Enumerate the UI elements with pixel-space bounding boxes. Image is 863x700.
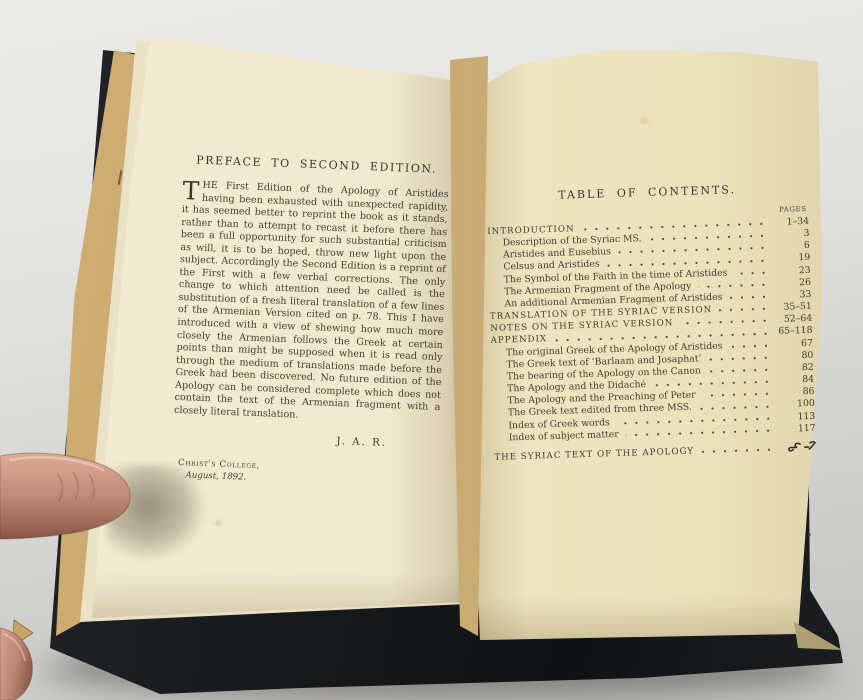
preface-body-text: HE First Edition of the Apology of Arist… xyxy=(174,180,449,421)
hand xyxy=(0,430,210,700)
toc-page-number: 6 xyxy=(774,240,810,253)
foxing-spot xyxy=(214,520,222,526)
toc-page-number: 80 xyxy=(777,350,813,363)
dot-leader xyxy=(729,341,771,351)
toc-page-number: 65–118 xyxy=(776,325,812,338)
dot-leader xyxy=(719,304,770,315)
toc-page-number: 113 xyxy=(779,410,815,423)
toc-page-number: 26 xyxy=(775,277,811,290)
index-finger xyxy=(0,628,32,700)
toc-page-number xyxy=(780,440,816,455)
preface-paragraph: THE First Edition of the Apology of Aris… xyxy=(174,179,449,427)
foxing-spot xyxy=(808,533,811,536)
drop-cap: T xyxy=(182,179,203,202)
dot-leader xyxy=(701,445,775,456)
toc-rows: Introduction1–34Description of the Syria… xyxy=(487,216,816,464)
toc-page-number: 19 xyxy=(774,252,810,265)
preface-text-block: PREFACE TO SECOND EDITION. THE First Edi… xyxy=(171,153,449,490)
toc-entry-label: Index of subject matter xyxy=(509,429,619,445)
toc-page-number: 117 xyxy=(779,422,815,435)
toc-page-number: 33 xyxy=(775,289,811,302)
dot-leader xyxy=(626,426,774,440)
table-of-contents-block: TABLE OF CONTENTS. PAGES Introduction1–3… xyxy=(486,181,816,464)
foxing-spot xyxy=(640,118,649,124)
thumb xyxy=(0,453,130,539)
toc-page-number: 100 xyxy=(779,398,815,411)
toc-page-number: 86 xyxy=(778,386,814,399)
toc-page-number: 1–34 xyxy=(773,216,809,229)
toc-page-number: 35–51 xyxy=(776,301,812,314)
toc-page-number: 82 xyxy=(778,362,814,375)
toc-page-number: 67 xyxy=(777,337,813,350)
dot-leader xyxy=(734,268,769,278)
book-photo: PREFACE TO SECOND EDITION. THE First Edi… xyxy=(0,0,863,700)
dot-leader xyxy=(729,292,769,302)
toc-page-number: 23 xyxy=(774,264,810,277)
toc-page-number: 52–64 xyxy=(776,313,812,326)
toc-page-number: 3 xyxy=(773,228,809,241)
toc-page-number: 84 xyxy=(778,374,814,387)
syriac-page-numbers xyxy=(786,440,816,452)
